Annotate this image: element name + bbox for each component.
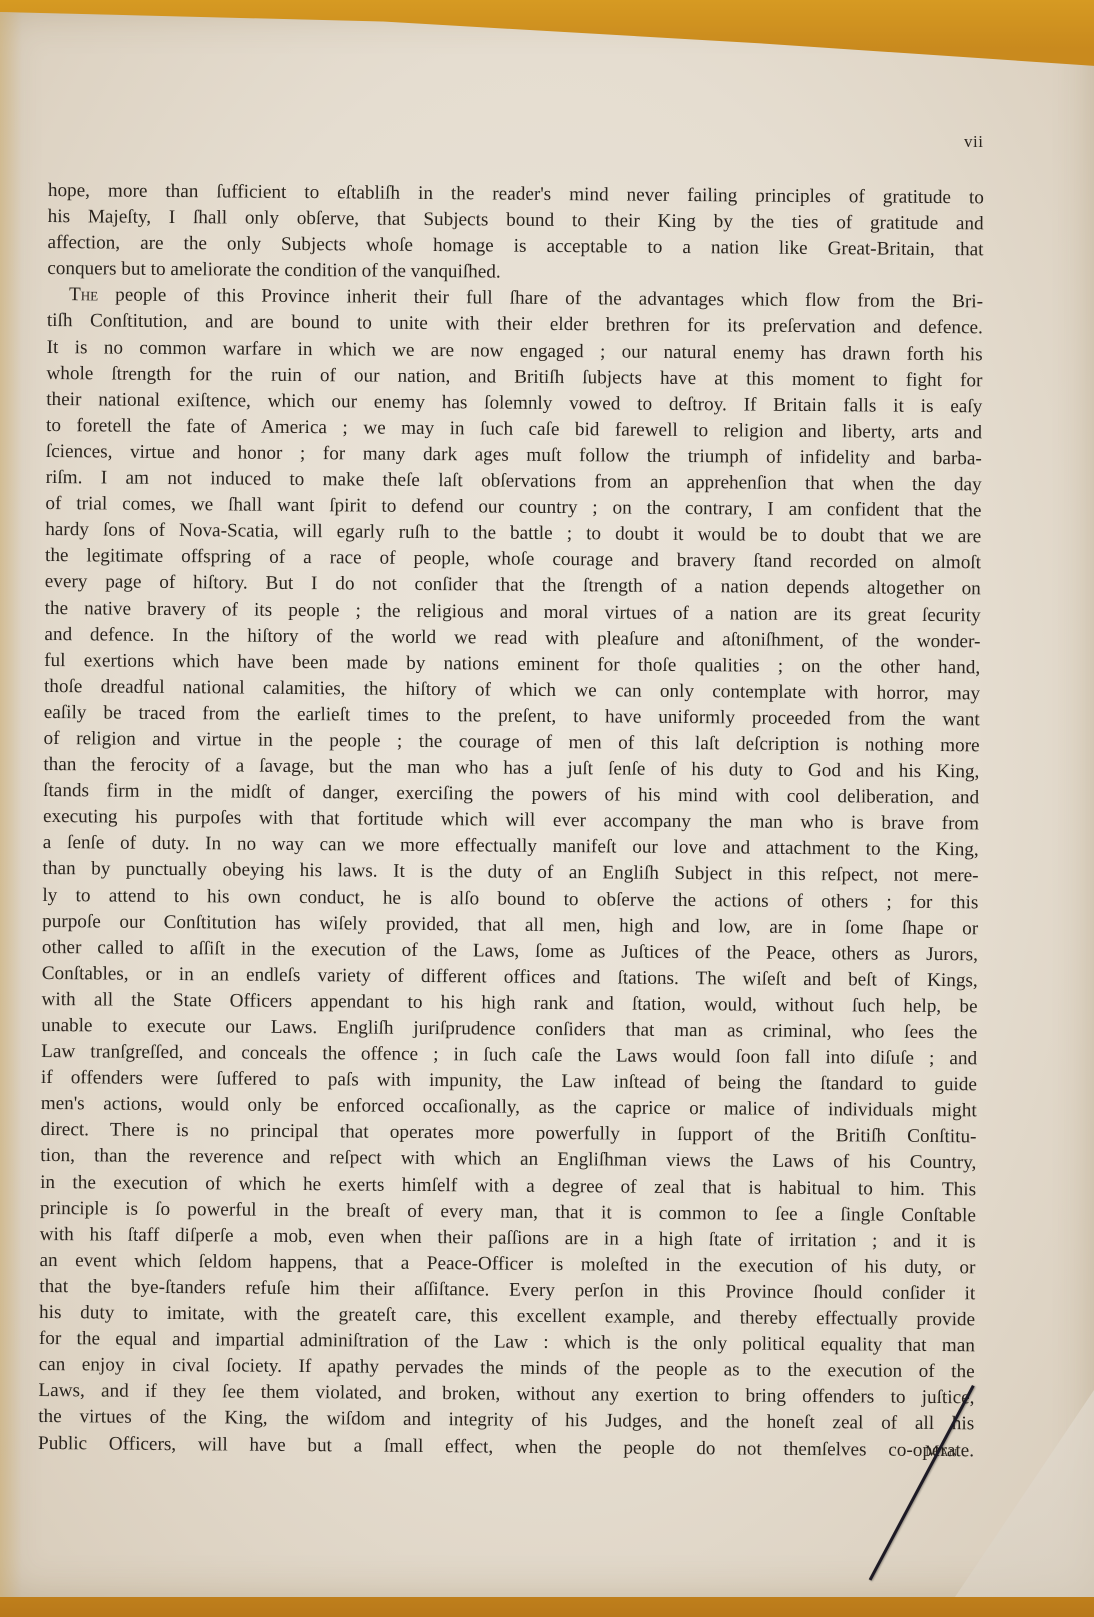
small-caps-lead: The [69, 285, 98, 306]
page-number: vii [964, 132, 983, 152]
text-line-remainder: people of this Province inherit their fu… [98, 285, 983, 313]
body-text: hope, more than ſufficient to eſtabliſh … [38, 178, 984, 1464]
